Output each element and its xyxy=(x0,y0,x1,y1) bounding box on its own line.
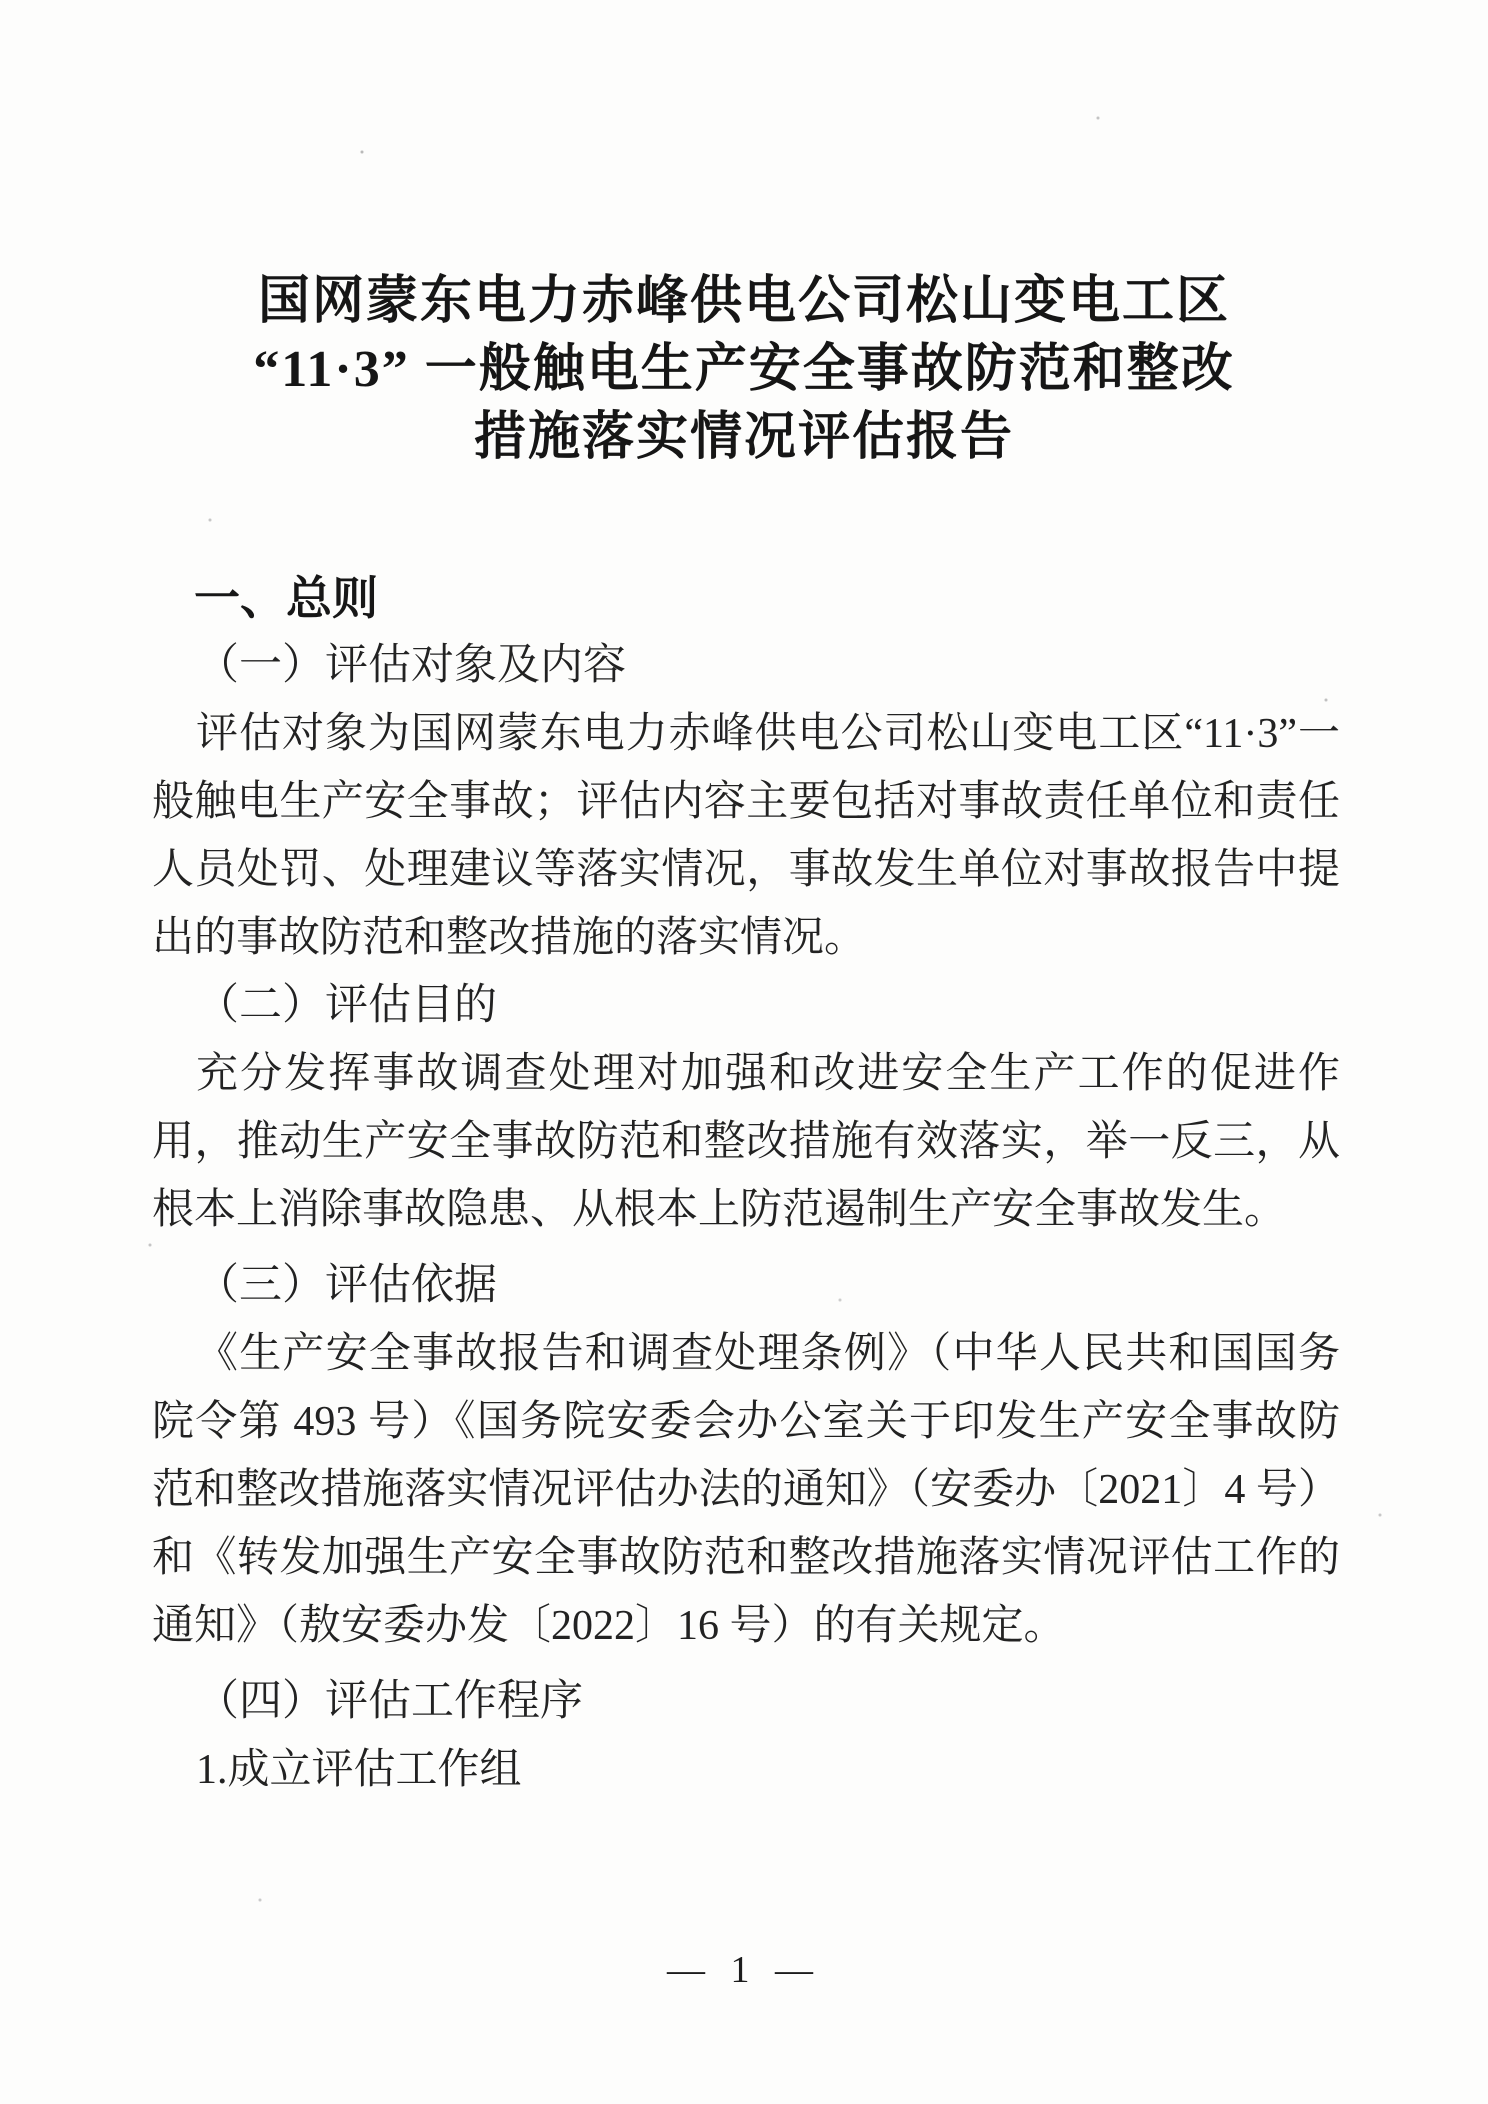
document-title: 国网蒙东电力赤峰供电公司松山变电工区 “11·3” 一般触电生产安全事故防范和整… xyxy=(0,0,1488,472)
document-title-line-1: 国网蒙东电力赤峰供电公司松山变电工区 xyxy=(0,268,1488,336)
paragraph-assessment-target: 评估对象为国网蒙东电力赤峰供电公司松山变电工区“11·3”一般触电生产安全事故；… xyxy=(152,700,1340,972)
subsection-heading-assessment-procedure: （四）评估工作程序 xyxy=(152,1668,1340,1736)
section-heading-general-rules: 一、总则 xyxy=(152,564,1340,632)
scanned-report-page: 国网蒙东电力赤峰供电公司松山变电工区 “11·3” 一般触电生产安全事故防范和整… xyxy=(0,0,1488,2104)
paragraph-assessment-purpose: 充分发挥事故调查处理对加强和改进安全生产工作的促进作用，推动生产安全事故防范和整… xyxy=(152,1040,1340,1244)
document-body: 一、总则 （一）评估对象及内容 评估对象为国网蒙东电力赤峰供电公司松山变电工区“… xyxy=(152,564,1340,1804)
page-number: — 1 — xyxy=(0,1948,1488,1992)
subsection-heading-assessment-basis: （三）评估依据 xyxy=(152,1252,1340,1320)
paragraph-assessment-basis: 《生产安全事故报告和调查处理条例》（中华人民共和国国务院令第 493 号）《国务… xyxy=(152,1320,1340,1660)
document-title-line-2: “11·3” 一般触电生产安全事故防范和整改 xyxy=(0,336,1488,404)
document-title-line-3: 措施落实情况评估报告 xyxy=(0,404,1488,472)
numbered-item-form-assessment-team: 1.成立评估工作组 xyxy=(152,1736,1340,1804)
subsection-heading-assessment-target: （一）评估对象及内容 xyxy=(152,632,1340,700)
subsection-heading-assessment-purpose: （二）评估目的 xyxy=(152,972,1340,1040)
